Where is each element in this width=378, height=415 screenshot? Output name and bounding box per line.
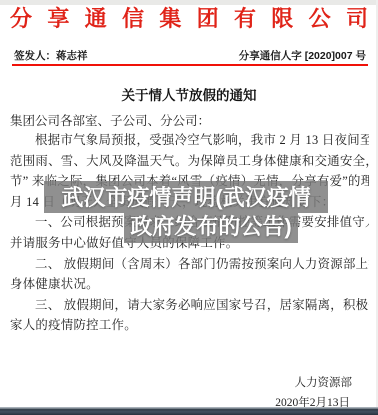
body-line: 月 14 日（明天）全员放假一天，现将相关事宜通知如下：: [10, 192, 369, 213]
notice-title: 关于情人节放假的通知: [0, 84, 378, 104]
body-line: 范围雨、雪、大风及降温天气。为保障员工身体健康和交通安全，值此 “情人: [10, 151, 369, 172]
body-line: 三、 放假期间，请大家务必响应国家号召，居家隔离，积极做好自己及: [10, 295, 369, 316]
red-rule-divider: [12, 64, 368, 66]
notice-body: 根据市气象局预报，受强冷空气影响，我市 2 月 13 日夜间至 15 日将出现大…: [10, 130, 369, 336]
bottom-bar: [0, 407, 378, 415]
issuer-row: 签发人：蒋志祥 分享通信人字 [2020]007 号: [14, 50, 366, 63]
company-name: 分享通信集团有限公司: [10, 7, 368, 31]
document-page: 分享通信集团有限公司 签发人：蒋志祥 分享通信人字 [2020]007 号 关于…: [0, 0, 378, 415]
issuer-name: 签发人：蒋志祥: [14, 50, 88, 63]
body-line: 身体健康状况。: [10, 274, 369, 295]
signature-department: 人力资源部: [275, 373, 352, 393]
body-line: 节” 来临之际，集团公司本着“风雪（疫情）无情，分享有爱”的理念，决定 2: [10, 171, 369, 192]
body-line: 二、 放假期间（含周末）各部门仍需按预案向人力资源部上报部门员工: [10, 254, 369, 275]
doc-number: 分享通信人字 [2020]007 号: [239, 50, 366, 63]
body-line: 家人的疫情防控工作。: [10, 315, 369, 336]
top-strip: [0, 0, 378, 5]
body-line: 一、公司根据预案要求，结合疫情防控等工作需要安排值守人员，: [10, 212, 369, 233]
body-line: 并请服务中心做好值守人员的保障工作。: [10, 233, 369, 254]
salutation: 集团公司各部室、子公司、分公司：: [10, 111, 368, 129]
body-line: 根据市气象局预报，受强冷空气影响，我市 2 月 13 日夜间至 15 日将出现大: [10, 130, 369, 151]
